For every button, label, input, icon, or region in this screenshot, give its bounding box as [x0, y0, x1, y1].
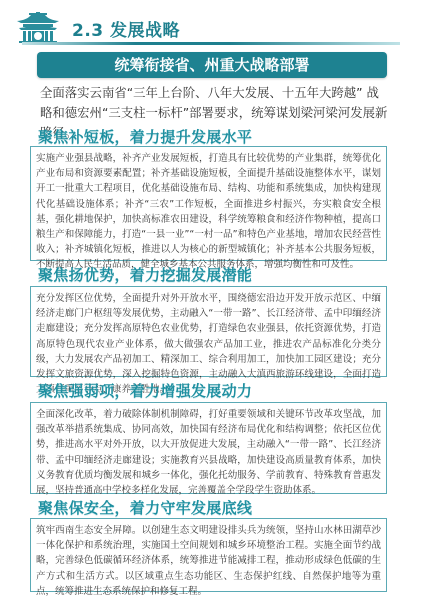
section-title: 2.3 发展战略 [72, 16, 180, 41]
section-box-weakness: 全面深化改革，着力破除体制机制障碍，打好重要领域和关键环节改革攻坚战，加强改革举… [30, 402, 387, 494]
section-box-security: 筑牢西南生态安全屏障。以创建生态文明建设排头兵为统领，坚持山水林田湖草沙一体化保… [30, 518, 387, 592]
strategy-banner: 统筹衔接省、州重大战略部署 [37, 52, 387, 78]
section-box-shortboard: 实施产业强县战略，补齐产业发展短板，打造具有比较优势的产业集群，统筹优化产业布局… [30, 146, 387, 261]
section-heading-shortboard: 聚焦补短板，着力提升发展水平 [38, 126, 252, 147]
section-heading-advantage: 聚焦扬优势，着力挖掘发展潜能 [38, 264, 252, 285]
section-heading-weakness: 聚焦强弱项，着力增强发展动力 [38, 380, 252, 401]
header-divider [22, 42, 400, 45]
section-box-advantage: 充分发挥区位优势，全面提升对外开放水平，围绕德宏沿边开发开放示范区、中缅经济走廊… [30, 286, 387, 377]
section-heading-security: 聚焦保安全，着力守牢发展底线 [38, 497, 252, 518]
page-header: 2.3 发展战略 [0, 0, 424, 50]
pavilion-icon [15, 12, 61, 44]
